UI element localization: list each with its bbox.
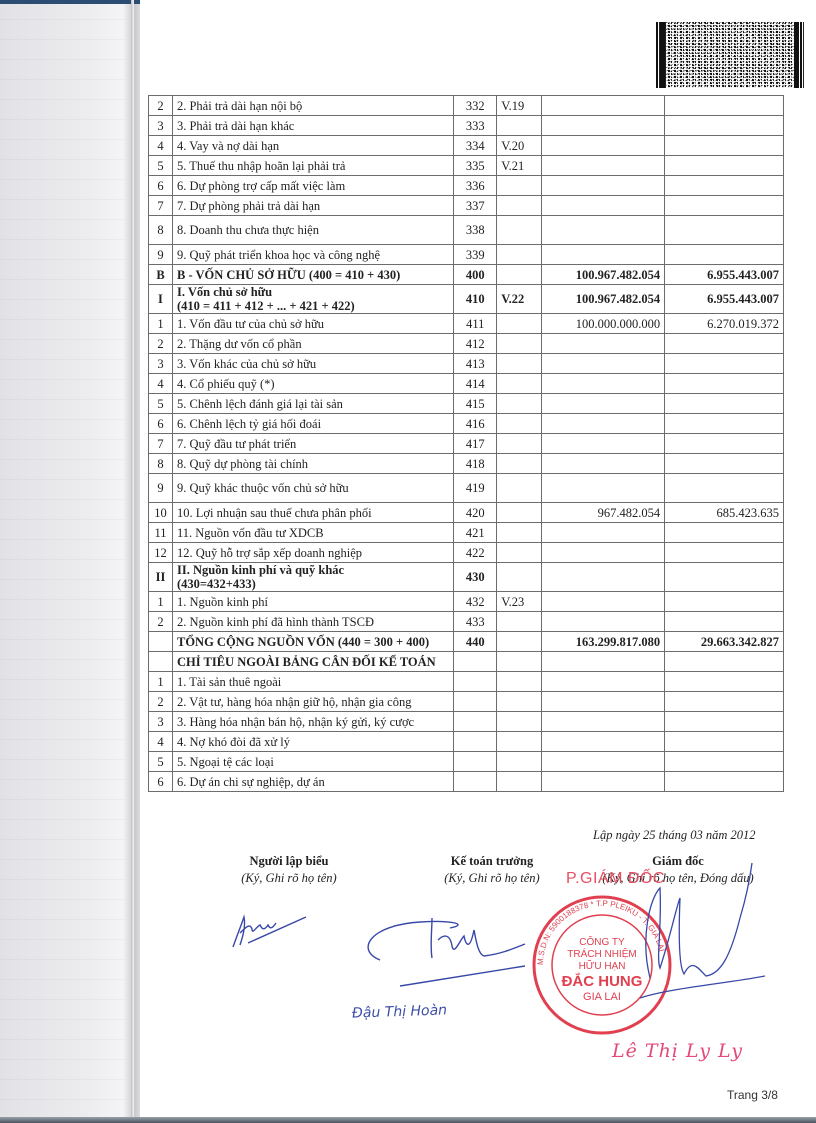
table-row: CHỈ TIÊU NGOÀI BẢNG CÂN ĐỐI KẾ TOÁN [149, 652, 784, 672]
table-row: 11. Vốn đầu tư của chủ sở hữu411100.000.… [149, 314, 784, 334]
table-row: 1111. Nguồn vốn đầu tư XDCB421 [149, 523, 784, 543]
row-start-balance [665, 523, 784, 543]
row-label: 12. Quỹ hỗ trợ sắp xếp doanh nghiệp [172, 543, 453, 563]
show-through-lines [0, 0, 125, 1123]
row-code: 414 [454, 374, 497, 394]
balance-sheet-table: 22. Phải trả dài hạn nội bộ332V.1933. Ph… [148, 95, 784, 792]
table-row: 44. Cổ phiếu quỹ (*)414 [149, 374, 784, 394]
row-start-balance [665, 434, 784, 454]
row-code: 430 [454, 563, 497, 592]
row-note [497, 314, 542, 334]
row-start-balance [665, 652, 784, 672]
row-start-balance [665, 334, 784, 354]
preparer-signature-icon [228, 905, 318, 955]
row-index: 12 [149, 543, 173, 563]
row-end-balance [542, 732, 665, 752]
row-end-balance [542, 354, 665, 374]
row-note [497, 632, 542, 652]
table-row: 1212. Quỹ hỗ trợ sắp xếp doanh nghiệp422 [149, 543, 784, 563]
row-code: 411 [454, 314, 497, 334]
row-label: 6. Chênh lệch tỷ giá hối đoái [172, 414, 453, 434]
row-end-balance: 100.000.000.000 [542, 314, 665, 334]
row-code: 433 [454, 612, 497, 632]
row-start-balance: 6.270.019.372 [665, 314, 784, 334]
table-row: 33. Hàng hóa nhận bán hộ, nhận ký gửi, k… [149, 712, 784, 732]
scan-edge-bottom [0, 1117, 816, 1123]
row-note [497, 245, 542, 265]
table-row: TỔNG CỘNG NGUỒN VỐN (440 = 300 + 400)440… [149, 632, 784, 652]
row-start-balance [665, 752, 784, 772]
2d-barcode [656, 22, 804, 88]
row-code: 333 [454, 116, 497, 136]
row-end-balance [542, 692, 665, 712]
row-note: V.19 [497, 96, 542, 116]
row-end-balance [542, 543, 665, 563]
row-code [454, 692, 497, 712]
table-row: BB - VỐN CHỦ SỞ HỮU (400 = 410 + 430)400… [149, 265, 784, 285]
row-code [454, 752, 497, 772]
chief-accountant-handwritten-name: Đậu Thị Hoàn [352, 1002, 448, 1021]
row-start-balance [665, 414, 784, 434]
row-code: 440 [454, 632, 497, 652]
table-row: 1010. Lợi nhuận sau thuế chưa phân phối4… [149, 503, 784, 523]
table-row: 44. Nợ khó đòi đã xử lý [149, 732, 784, 752]
row-end-balance [542, 334, 665, 354]
row-index: 7 [149, 434, 173, 454]
row-start-balance [665, 354, 784, 374]
row-start-balance [665, 543, 784, 563]
row-end-balance [542, 612, 665, 632]
row-start-balance [665, 712, 784, 732]
row-index: 3 [149, 116, 173, 136]
row-note [497, 454, 542, 474]
row-index: 3 [149, 712, 173, 732]
row-end-balance: 967.482.054 [542, 503, 665, 523]
row-code: 418 [454, 454, 497, 474]
row-index: 5 [149, 156, 173, 176]
row-code: 420 [454, 503, 497, 523]
row-index: II [149, 563, 173, 592]
row-label: 3. Vốn khác của chủ sở hữu [172, 354, 453, 374]
row-label: 4. Nợ khó đòi đã xử lý [172, 732, 453, 752]
row-label: 4. Cổ phiếu quỹ (*) [172, 374, 453, 394]
row-index: 6 [149, 176, 173, 196]
row-start-balance [665, 136, 784, 156]
row-note [497, 612, 542, 632]
row-start-balance [665, 156, 784, 176]
row-index: 2 [149, 692, 173, 712]
row-label: 2. Vật tư, hàng hóa nhận giữ hộ, nhận gi… [172, 692, 453, 712]
row-label: 9. Quỹ phát triển khoa học và công nghệ [172, 245, 453, 265]
row-code: 400 [454, 265, 497, 285]
table-row: 44. Vay và nợ dài hạn334V.20 [149, 136, 784, 156]
role-label: Kế toán trưởng [432, 854, 552, 869]
row-end-balance [542, 176, 665, 196]
row-note [497, 196, 542, 216]
row-note [497, 374, 542, 394]
row-code [454, 772, 497, 792]
row-note [497, 712, 542, 732]
row-index: 11 [149, 523, 173, 543]
row-note [497, 334, 542, 354]
row-index: 1 [149, 314, 173, 334]
row-label: 5. Thuế thu nhập hoãn lại phải trả [172, 156, 453, 176]
page-edge [131, 0, 134, 1123]
row-note [497, 434, 542, 454]
director-signature-icon [580, 858, 770, 1018]
row-label: CHỈ TIÊU NGOÀI BẢNG CÂN ĐỐI KẾ TOÁN [172, 652, 453, 672]
row-index: 7 [149, 196, 173, 216]
row-end-balance [542, 474, 665, 503]
row-index: 3 [149, 354, 173, 374]
table-row: 55. Ngoại tệ các loại [149, 752, 784, 772]
row-note [497, 752, 542, 772]
row-index: 9 [149, 245, 173, 265]
table-row: 22. Vật tư, hàng hóa nhận giữ hộ, nhận g… [149, 692, 784, 712]
row-label: 10. Lợi nhuận sau thuế chưa phân phối [172, 503, 453, 523]
role-hint: (Ký, Ghi rõ họ tên) [224, 871, 354, 886]
row-code [454, 732, 497, 752]
row-label: 1. Nguồn kinh phí [172, 592, 453, 612]
director-name: Lê Thị Ly Ly [612, 1040, 743, 1062]
row-index: 5 [149, 752, 173, 772]
row-end-balance [542, 434, 665, 454]
row-code: 415 [454, 394, 497, 414]
row-end-balance: 100.967.482.054 [542, 285, 665, 314]
row-index: 2 [149, 96, 173, 116]
table-row: 22. Phải trả dài hạn nội bộ332V.19 [149, 96, 784, 116]
row-end-balance [542, 216, 665, 245]
row-start-balance: 29.663.342.827 [665, 632, 784, 652]
row-start-balance [665, 592, 784, 612]
chief-accountant-signature-icon [360, 910, 530, 990]
table-row: 66. Chênh lệch tỷ giá hối đoái416 [149, 414, 784, 434]
row-note [497, 216, 542, 245]
row-end-balance [542, 454, 665, 474]
row-start-balance [665, 245, 784, 265]
row-start-balance [665, 692, 784, 712]
row-code: 416 [454, 414, 497, 434]
table-row: 55. Chênh lệch đánh giá lại tài sản415 [149, 394, 784, 414]
row-end-balance [542, 116, 665, 136]
table-row: 99. Quỹ phát triển khoa học và công nghệ… [149, 245, 784, 265]
row-end-balance [542, 414, 665, 434]
row-label: 3. Hàng hóa nhận bán hộ, nhận ký gửi, ký… [172, 712, 453, 732]
row-start-balance [665, 612, 784, 632]
row-code: 419 [454, 474, 497, 503]
role-label: Người lập biểu [224, 854, 354, 869]
row-note [497, 732, 542, 752]
row-note [497, 503, 542, 523]
row-label: 2. Nguồn kinh phí đã hình thành TSCĐ [172, 612, 453, 632]
row-note [497, 692, 542, 712]
row-label: 8. Quỹ dự phòng tài chính [172, 454, 453, 474]
row-start-balance [665, 96, 784, 116]
row-code: 421 [454, 523, 497, 543]
row-label: 1. Vốn đầu tư của chủ sở hữu [172, 314, 453, 334]
row-note [497, 414, 542, 434]
role-hint: (Ký, Ghi rõ họ tên) [432, 871, 552, 886]
table-row: 22. Thặng dư vốn cổ phần412 [149, 334, 784, 354]
table-row: 88. Doanh thu chưa thực hiện338 [149, 216, 784, 245]
row-note [497, 474, 542, 503]
row-label: 6. Dự phòng trợ cấp mất việc làm [172, 176, 453, 196]
row-code: 337 [454, 196, 497, 216]
row-label: TỔNG CỘNG NGUỒN VỐN (440 = 300 + 400) [172, 632, 453, 652]
row-code: 332 [454, 96, 497, 116]
row-index: B [149, 265, 173, 285]
row-end-balance [542, 96, 665, 116]
row-end-balance [542, 592, 665, 612]
row-note: V.23 [497, 592, 542, 612]
row-note [497, 176, 542, 196]
row-end-balance: 100.967.482.054 [542, 265, 665, 285]
table-row: 55. Thuế thu nhập hoãn lại phải trả335V.… [149, 156, 784, 176]
scan-edge-top [0, 0, 140, 4]
page-number: Trang 3/8 [727, 1088, 778, 1102]
row-label: 9. Quỹ khác thuộc vốn chủ sở hữu [172, 474, 453, 503]
row-end-balance [542, 394, 665, 414]
row-index [149, 632, 173, 652]
table-row: 77. Quỹ đầu tư phát triển417 [149, 434, 784, 454]
row-start-balance [665, 196, 784, 216]
row-label: 3. Phải trả dài hạn khác [172, 116, 453, 136]
row-label: I. Vốn chủ sở hữu(410 = 411 + 412 + ... … [172, 285, 453, 314]
row-note [497, 563, 542, 592]
row-index: 1 [149, 672, 173, 692]
row-label: B - VỐN CHỦ SỞ HỮU (400 = 410 + 430) [172, 265, 453, 285]
date-line: Lập ngày 25 tháng 03 năm 2012 [593, 828, 756, 843]
row-start-balance: 6.955.443.007 [665, 285, 784, 314]
row-code: 335 [454, 156, 497, 176]
row-start-balance [665, 732, 784, 752]
table-row: 11. Nguồn kinh phí432V.23 [149, 592, 784, 612]
row-code [454, 672, 497, 692]
row-note [497, 265, 542, 285]
row-index: 4 [149, 374, 173, 394]
row-label: 6. Dự án chi sự nghiệp, dự án [172, 772, 453, 792]
row-index: 2 [149, 612, 173, 632]
row-note [497, 116, 542, 136]
row-start-balance [665, 563, 784, 592]
row-start-balance [665, 374, 784, 394]
row-code: 336 [454, 176, 497, 196]
row-index: 8 [149, 216, 173, 245]
row-note [497, 354, 542, 374]
row-label: II. Nguồn kinh phí và quỹ khác(430=432+4… [172, 563, 453, 592]
row-start-balance [665, 772, 784, 792]
row-start-balance [665, 216, 784, 245]
row-code: 417 [454, 434, 497, 454]
row-note [497, 523, 542, 543]
row-code: 412 [454, 334, 497, 354]
row-end-balance [542, 652, 665, 672]
row-index: 8 [149, 454, 173, 474]
row-end-balance [542, 156, 665, 176]
row-note [497, 394, 542, 414]
row-note: V.21 [497, 156, 542, 176]
table-row: 66. Dự án chi sự nghiệp, dự án [149, 772, 784, 792]
row-start-balance: 685.423.635 [665, 503, 784, 523]
signature-chief-accountant: Kế toán trưởng (Ký, Ghi rõ họ tên) [432, 854, 552, 886]
row-index: 4 [149, 136, 173, 156]
row-code: 334 [454, 136, 497, 156]
row-end-balance: 163.299.817.080 [542, 632, 665, 652]
row-index: 4 [149, 732, 173, 752]
row-index: I [149, 285, 173, 314]
row-index [149, 652, 173, 672]
table-row: IIII. Nguồn kinh phí và quỹ khác(430=432… [149, 563, 784, 592]
row-code: 338 [454, 216, 497, 245]
row-code: 410 [454, 285, 497, 314]
row-end-balance [542, 245, 665, 265]
row-code: 339 [454, 245, 497, 265]
row-end-balance [542, 523, 665, 543]
row-index: 6 [149, 772, 173, 792]
row-end-balance [542, 752, 665, 772]
row-code [454, 652, 497, 672]
row-code: 413 [454, 354, 497, 374]
row-label: 2. Phải trả dài hạn nội bộ [172, 96, 453, 116]
row-end-balance [542, 772, 665, 792]
row-start-balance: 6.955.443.007 [665, 265, 784, 285]
row-start-balance [665, 672, 784, 692]
row-start-balance [665, 454, 784, 474]
row-label: 11. Nguồn vốn đầu tư XDCB [172, 523, 453, 543]
row-label: 7. Dự phòng phải trả dài hạn [172, 196, 453, 216]
row-note: V.20 [497, 136, 542, 156]
row-label: 2. Thặng dư vốn cổ phần [172, 334, 453, 354]
row-index: 10 [149, 503, 173, 523]
row-label: 7. Quỹ đầu tư phát triển [172, 434, 453, 454]
signature-preparer: Người lập biểu (Ký, Ghi rõ họ tên) [224, 854, 354, 886]
row-code [454, 712, 497, 732]
row-index: 6 [149, 414, 173, 434]
row-note: V.22 [497, 285, 542, 314]
row-start-balance [665, 116, 784, 136]
row-end-balance [542, 136, 665, 156]
row-end-balance [542, 196, 665, 216]
row-index: 5 [149, 394, 173, 414]
row-start-balance [665, 176, 784, 196]
table-row: 33. Phải trả dài hạn khác333 [149, 116, 784, 136]
row-index: 1 [149, 592, 173, 612]
table-row: 22. Nguồn kinh phí đã hình thành TSCĐ433 [149, 612, 784, 632]
table-row: 33. Vốn khác của chủ sở hữu413 [149, 354, 784, 374]
row-index: 2 [149, 334, 173, 354]
row-label: 5. Chênh lệch đánh giá lại tài sản [172, 394, 453, 414]
row-end-balance [542, 374, 665, 394]
table-row: 77. Dự phòng phải trả dài hạn337 [149, 196, 784, 216]
row-note [497, 652, 542, 672]
table-row: 11. Tài sản thuê ngoài [149, 672, 784, 692]
row-label: 5. Ngoại tệ các loại [172, 752, 453, 772]
row-start-balance [665, 394, 784, 414]
row-end-balance [542, 563, 665, 592]
table-row: 88. Quỹ dự phòng tài chính418 [149, 454, 784, 474]
row-end-balance [542, 672, 665, 692]
row-index: 9 [149, 474, 173, 503]
table-row: II. Vốn chủ sở hữu(410 = 411 + 412 + ...… [149, 285, 784, 314]
row-label: 8. Doanh thu chưa thực hiện [172, 216, 453, 245]
row-end-balance [542, 712, 665, 732]
row-note [497, 543, 542, 563]
row-label: 4. Vay và nợ dài hạn [172, 136, 453, 156]
row-code: 432 [454, 592, 497, 612]
row-start-balance [665, 474, 784, 503]
row-label: 1. Tài sản thuê ngoài [172, 672, 453, 692]
table-row: 66. Dự phòng trợ cấp mất việc làm336 [149, 176, 784, 196]
row-code: 422 [454, 543, 497, 563]
row-note [497, 772, 542, 792]
table-row: 99. Quỹ khác thuộc vốn chủ sở hữu419 [149, 474, 784, 503]
row-note [497, 672, 542, 692]
